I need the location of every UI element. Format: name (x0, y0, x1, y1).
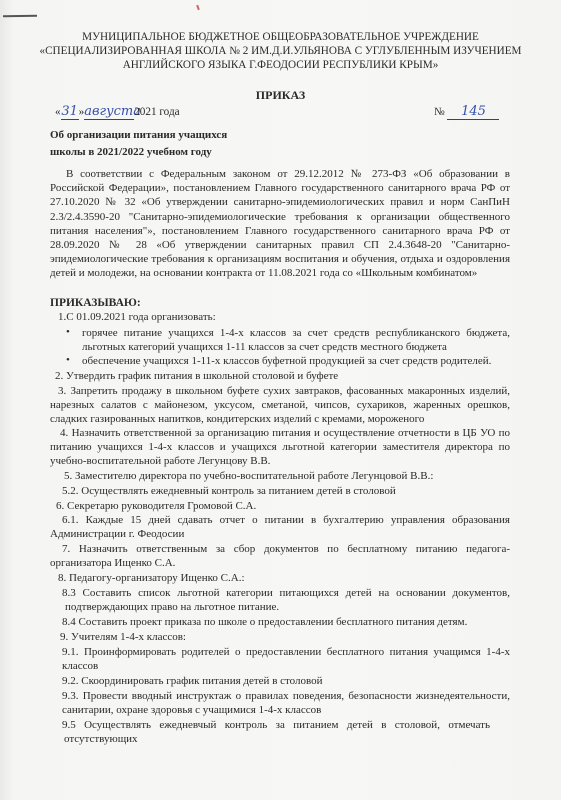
item-8-3-line-2: подтверждающих право на льготное питание… (65, 600, 279, 614)
item-1-bullet-1-line-1: горячее питание учащихся 1-4-х классов з… (82, 326, 510, 340)
preamble-line: 27.10.2020 № 32 «Об утверждении санитарн… (50, 195, 510, 209)
number-label: № (434, 106, 445, 118)
org-name-line-1: МУНИЦИПАЛЬНОЕ БЮДЖЕТНОЕ ОБЩЕОБРАЗОВАТЕЛЬ… (0, 30, 561, 44)
item-9-1-line-2: классов (62, 659, 98, 673)
item-7-line-2: организатора Ищенко С.А. (50, 556, 175, 570)
item-9-5-line-2: отсутствующих (64, 732, 138, 746)
bullet-icon: • (66, 354, 70, 366)
subject-line-2: школы в 2021/2022 учебном году (50, 144, 227, 161)
item-3-line-1: 3. Запретить продажу в школьном буфете с… (58, 384, 510, 398)
item-8: 8. Педагогу-организатору Ищенко С.А.: (58, 571, 245, 585)
item-9-1-line-1: 9.1. Проинформировать родителей о предос… (62, 645, 510, 659)
preamble-line: 28.09.2020 № 28 «Об утверждении санитарн… (50, 238, 510, 252)
preamble-line: эпидемиологические требования к организа… (50, 252, 510, 266)
doc-title: ПРИКАЗ (0, 88, 561, 103)
item-3-line-3: сладких газированных напитков, кондитерс… (50, 412, 424, 426)
item-8-4: 8.4 Составить проект приказа по школе о … (62, 615, 467, 629)
item-1-bullet-1-line-2: льготных категорий учащихся 1-11 классов… (82, 340, 447, 354)
item-5: 5. Заместителю директора по учебно-воспи… (64, 469, 433, 483)
item-9-3-line-2: санитарии, охране здоровья с учащимися 1… (62, 703, 321, 717)
item-6-1-line-2: Администрации г. Феодосии (50, 527, 184, 541)
bullet-icon: • (66, 326, 70, 338)
preamble-line: питания населения"», постановлением Глав… (50, 224, 510, 238)
item-5-2: 5.2. Осуществлять ежедневный контроль за… (62, 484, 396, 498)
item-1: 1.С 01.09.2021 года организовать: (58, 310, 216, 324)
org-name-line-2: «СПЕЦИАЛИЗИРОВАННАЯ ШКОЛА № 2 ИМ.Д.И.УЛЬ… (0, 44, 561, 58)
number-value: 145 (447, 104, 499, 120)
item-8-3-line-1: 8.3 Составить список льготной категории … (62, 586, 510, 600)
subject-line-1: Об организации питания учащихся (50, 127, 227, 144)
date-day: 31 (61, 104, 79, 120)
preamble-line: 2.3/2.4.3590-20 "Санитарно-эпидемиологич… (50, 210, 510, 224)
preamble-line: Российской Федерации», постановлением Гл… (50, 181, 510, 195)
item-4-line-3: учебно-воспитательной работе Легунцову В… (50, 454, 270, 468)
item-6: 6. Секретарю руководителя Громовой С.А. (56, 499, 256, 513)
item-9-2: 9.2. Скоординировать график питания дете… (62, 674, 323, 688)
item-9-5-line-1: 9.5 Осуществлять ежедневчый контроль за … (62, 718, 490, 732)
order-heading: ПРИКАЗЫВАЮ: (50, 296, 141, 310)
preamble: В соответствии с Федеральным законом от … (50, 167, 510, 281)
org-name-line-3: АНГЛИЙСКОГО ЯЗЫКА Г.ФЕОДОСИИ РЕСПУБЛИКИ … (0, 58, 561, 72)
item-9-3-line-1: 9.3. Провести вводный инструктаж о прави… (62, 689, 510, 703)
order-subject: Об организации питания учащихся школы в … (50, 127, 227, 161)
red-mark (196, 5, 200, 10)
item-3-line-2: нарезных салатов с майонезом, уксусом, с… (50, 398, 510, 412)
date-year: 2021 года (134, 106, 179, 118)
preamble-line: В соответствии с Федеральным законом от … (50, 167, 510, 181)
item-6-1-line-1: 6.1. Каждые 15 дней сдавать отчет о пита… (62, 513, 510, 527)
item-9: 9. Учителям 1-4-х классов: (60, 630, 186, 644)
item-7-line-1: 7. Назначить ответственным за сбор докум… (62, 542, 510, 556)
item-4-line-2: питанию учащихся 1-4-х классов и учащихс… (50, 440, 510, 454)
order-date: « 31 » августа 2021 года (55, 104, 180, 120)
order-number: № 145 (434, 104, 499, 120)
item-2: 2. Утвердить график питания в школьной с… (55, 369, 338, 383)
scan-mark (3, 15, 37, 18)
date-month: августа (84, 104, 134, 120)
item-4-line-1: 4. Назначить ответственной за организаци… (60, 426, 510, 440)
scanned-page: МУНИЦИПАЛЬНОЕ БЮДЖЕТНОЕ ОБЩЕОБРАЗОВАТЕЛЬ… (0, 0, 561, 800)
preamble-line: детей и молодежи, на основании контракта… (50, 266, 510, 280)
item-1-bullet-2: обеспечение учащихся 1-11-х классов буфе… (82, 354, 491, 368)
